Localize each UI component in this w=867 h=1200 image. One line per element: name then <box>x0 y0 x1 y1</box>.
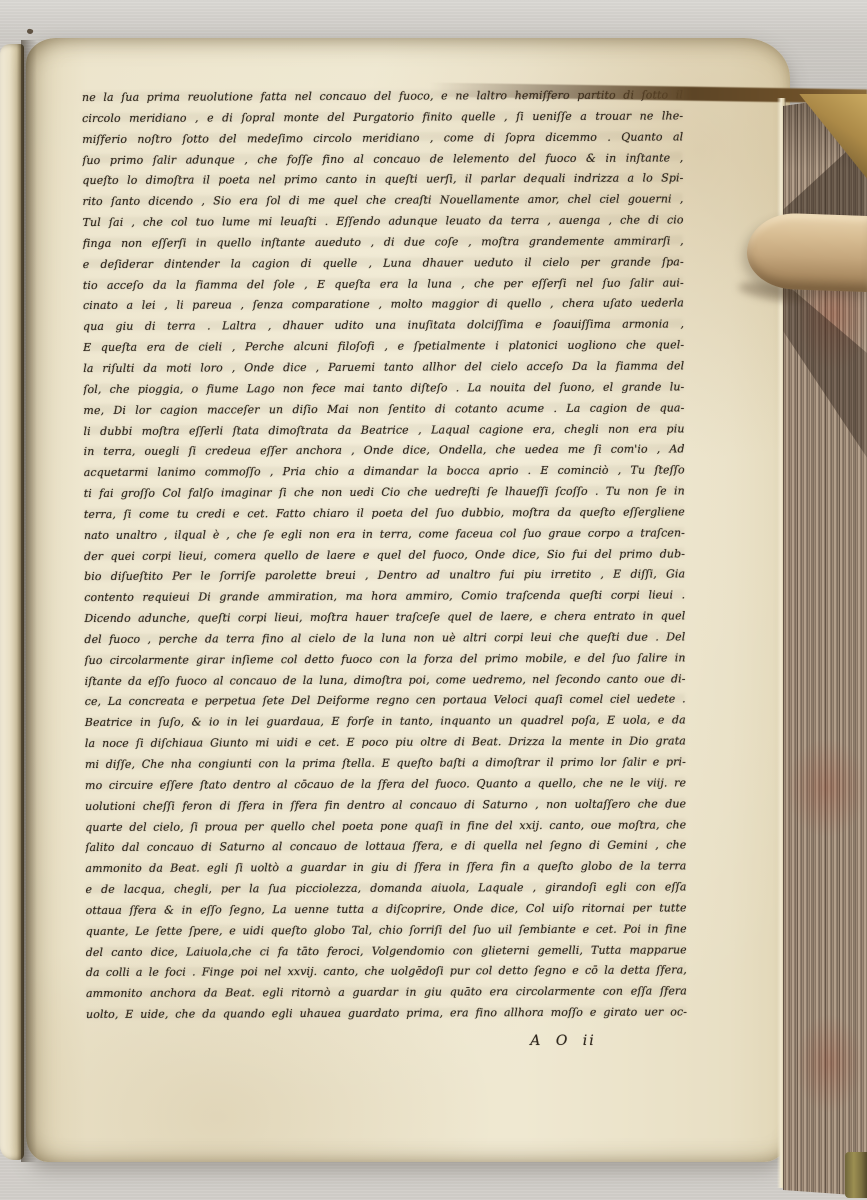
text-line: ſalito dal concauo di Saturno al concauo… <box>85 836 686 859</box>
dust-speck <box>26 28 33 35</box>
text-line: iſtante da eſſo fuoco al concauo de la l… <box>85 669 686 692</box>
text-line: ſuo primo ſalir adunque , che foſſe fino… <box>82 148 683 171</box>
text-line: quante, Le ſette ſpere, e uidi queſto gl… <box>86 919 687 942</box>
text-line: Dicendo adunche, queſti corpi lieui, moſ… <box>84 606 685 629</box>
text-line: Tul ſai , che col tuo lume mi leuaſti . … <box>83 210 684 233</box>
text-line: ammonito da Beat. egli ſi uoltò a guarda… <box>85 857 686 880</box>
text-line: in terra, ouegli ſi credeua eſſer anchor… <box>84 440 685 463</box>
text-line: tio acceſo da la fiamma del ſole , E que… <box>83 273 684 296</box>
text-line: rito ſanto dicendo , Sio era ſol di me q… <box>82 190 683 213</box>
wooden-stick <box>746 212 867 292</box>
text-line: mo circuire eſſere ſtato dentro al cōcau… <box>85 773 686 796</box>
text-line: e deſiderar dintender la cagion di quell… <box>83 252 684 275</box>
text-line: ſol, che pioggia, o fiume Lago non fece … <box>83 377 684 400</box>
text-line: da colli a le foci . Finge poi nel xxvij… <box>86 961 687 984</box>
text-line: ſuo circolarmente girar inſieme col dett… <box>84 648 685 671</box>
text-line: ammonito anchora da Beat. egli ritornò a… <box>86 982 687 1005</box>
text-line: mi diſſe, Che nha congiunti con la prima… <box>85 752 686 775</box>
text-line: der quei corpi lieui, comera quello de l… <box>84 544 685 567</box>
text-line: ce, La concreata e perpetua ſete Del Dei… <box>85 690 686 713</box>
text-line: del fuoco , perche da terra fino al ciel… <box>84 627 685 650</box>
text-line: e de lacqua, chegli, per la ſua picciole… <box>85 877 686 900</box>
text-line: E queſta era de cieli , Perche alcuni fi… <box>83 336 684 359</box>
text-line: terra, ſi come tu credi e cet. Fatto chi… <box>84 502 685 525</box>
text-line: circolo meridiano , e di ſopral monte de… <box>82 106 683 129</box>
text-line: finga non eſſerſi in quello inſtante aue… <box>83 231 684 254</box>
text-block: ne la ſua prima reuolutione fatta nel co… <box>82 85 687 1026</box>
text-line: me, Di lor cagion macceſer un diſio Mai … <box>83 398 684 421</box>
text-line: li dubbi moſtra eſſerli ſtata dimoſtrata… <box>83 419 684 442</box>
text-line: quarte del cielo, ſi proua per quello ch… <box>85 815 686 838</box>
text-line: uolto, E uide, che da quando egli uhauea… <box>86 1002 687 1025</box>
text-line: qua giu di terra . Laltra , dhauer udito… <box>83 315 684 338</box>
gutter-shadow <box>21 40 37 1162</box>
text-line: la riſulti da moti loro , Onde dice , Pa… <box>83 356 684 379</box>
text-line: ottaua ſfera & in eſſo ſegno, La uenne t… <box>86 898 687 921</box>
photo-scene: ne la ſua prima reuolutione fatta nel co… <box>0 0 867 1200</box>
text-line: nato unaltro , ilqual è , che ſe egli no… <box>84 523 685 546</box>
text-line: queſto lo dimoſtra il poeta nel primo ca… <box>82 169 683 192</box>
text-line: cinato a lei , li pareua , ſenza compara… <box>83 294 684 317</box>
text-line: Beatrice in ſuſo, & io in lei guardaua, … <box>85 711 686 734</box>
clasp-fitting <box>845 1152 867 1198</box>
text-line: del canto dice, Laiuola,che ci fa tāto f… <box>86 940 687 963</box>
text-line: miſferio noſtro ſotto del medeſimo circo… <box>82 127 683 150</box>
text-line: uolutioni cheſſi feron di ſfera in ſfera… <box>85 794 686 817</box>
text-line: bio diſueſtito Per le ſorriſe parolette … <box>84 565 685 588</box>
text-line: acquetarmi lanimo commoſſo , Pria chio a… <box>84 461 685 484</box>
text-line: la noce ſi diſchiaua Giunto mi uidi e ce… <box>85 732 686 755</box>
signature-mark: A O ii <box>498 1033 628 1049</box>
text-line: ti fai groſſo Col falſo imaginar ſi che … <box>84 481 685 504</box>
text-line: contento requieui Di grande ammiration, … <box>84 586 685 609</box>
